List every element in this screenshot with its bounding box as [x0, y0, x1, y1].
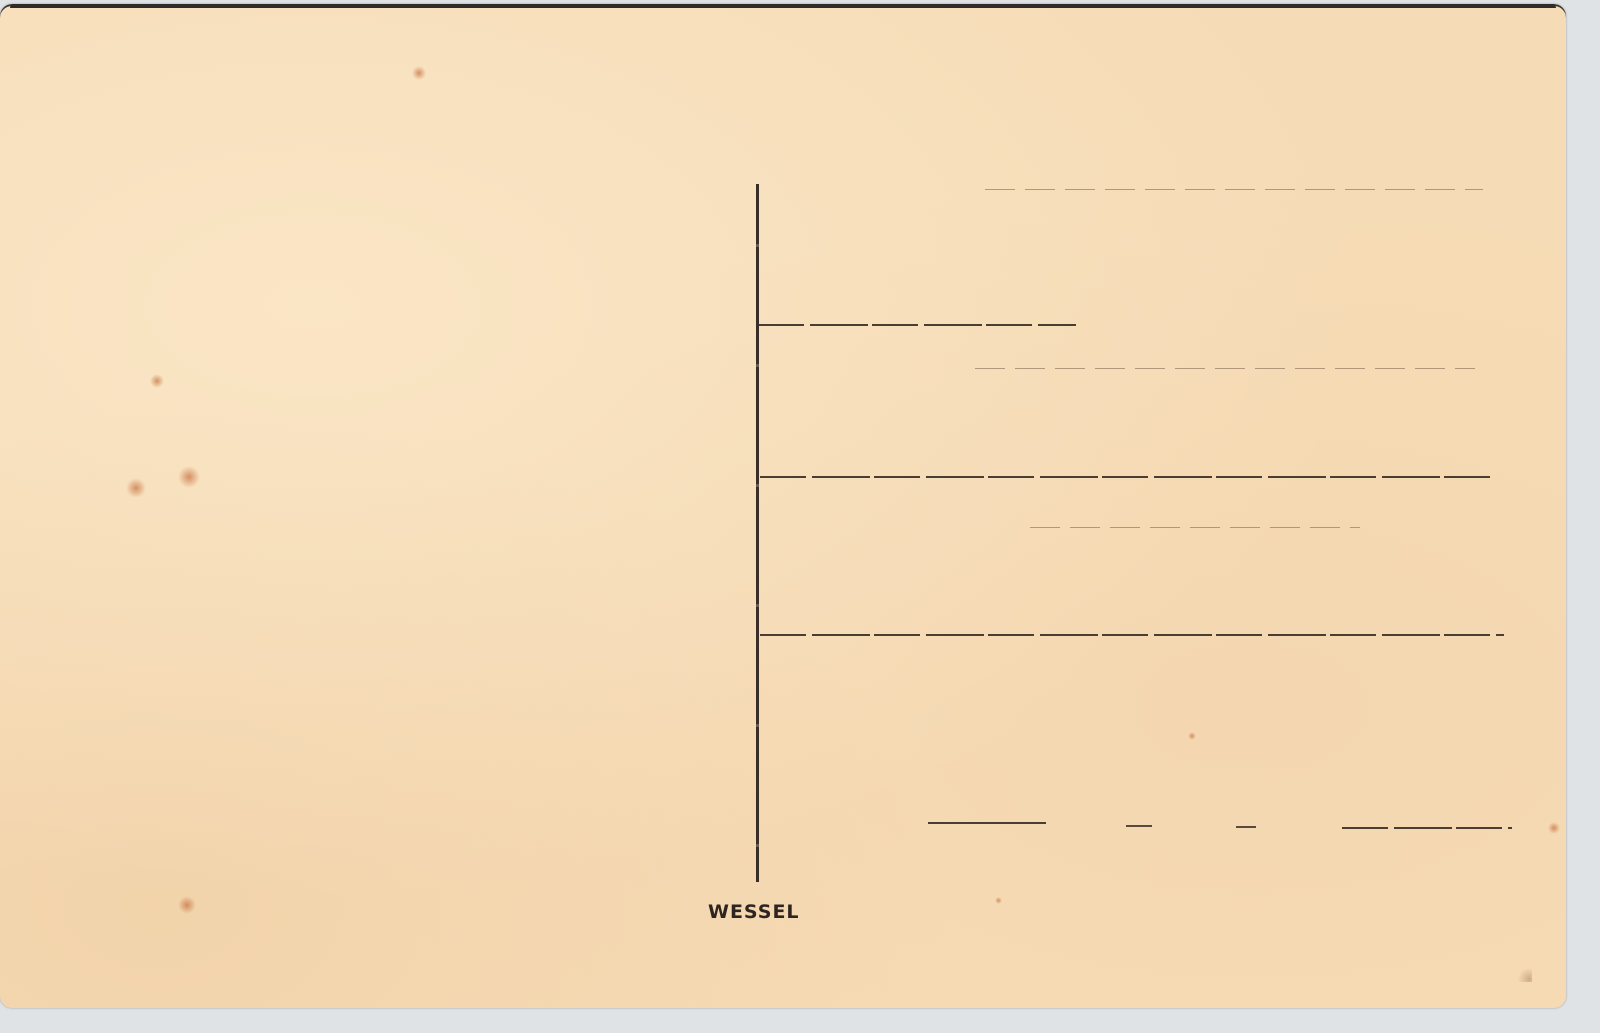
foxing-spot	[412, 66, 426, 80]
address-line-3a	[928, 822, 1046, 824]
foxing-spot	[178, 466, 200, 488]
corner-wear	[1518, 968, 1532, 982]
foxing-spot	[995, 897, 1002, 904]
address-line-2	[760, 634, 1504, 636]
center-divider-line	[756, 184, 759, 882]
faint-line-2	[975, 368, 1475, 369]
card-top-edge	[10, 4, 1556, 8]
address-line-3d	[1342, 827, 1512, 829]
address-line-3c	[1236, 826, 1256, 828]
foxing-spot	[150, 374, 164, 388]
postcard-back: WESSEL	[0, 4, 1566, 1008]
foxing-spot	[178, 896, 196, 914]
faint-line-1	[985, 189, 1483, 190]
faint-line-3	[1030, 527, 1360, 528]
foxing-spot	[1548, 822, 1560, 834]
address-line-3b	[1126, 825, 1152, 827]
foxing-spot	[1188, 732, 1196, 740]
foxing-spot	[126, 478, 146, 498]
address-line-1	[760, 476, 1496, 478]
publisher-mark: WESSEL	[708, 901, 800, 923]
stamp-line	[758, 324, 1076, 326]
